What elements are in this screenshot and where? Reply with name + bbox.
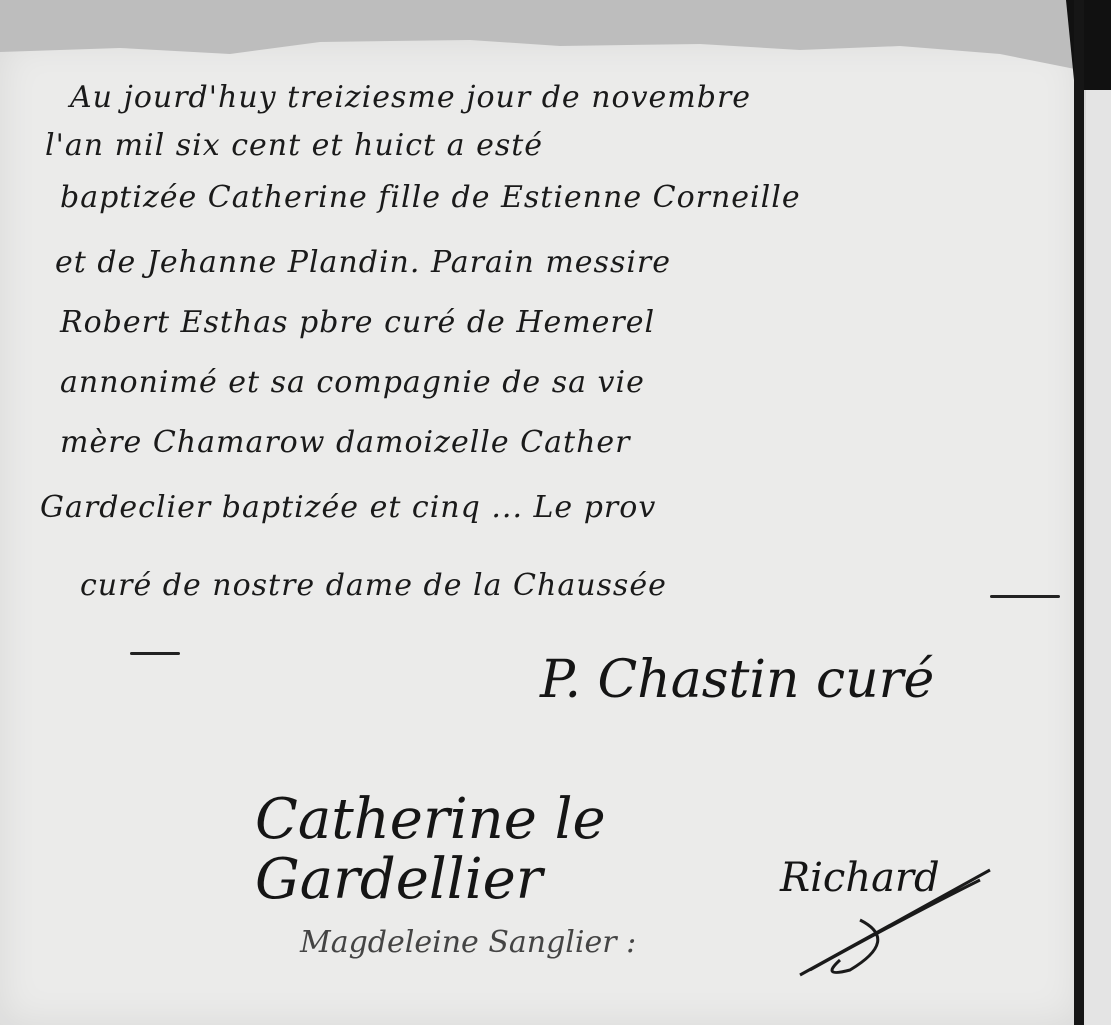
adjacent-page-edge <box>1086 90 1111 1025</box>
text-line-8: Gardeclier baptizée et cinq ... Le prov <box>40 490 656 525</box>
witness-signature: Magdeleine Sanglier : <box>300 925 636 960</box>
text-line-5: Robert Esthas pbre curé de Hemerel <box>60 305 655 340</box>
text-line-9: curé de nostre dame de la Chaussée <box>80 568 667 603</box>
filler-dash <box>130 652 180 655</box>
text-line-7: mère Chamarow damoizelle Cather <box>60 425 631 460</box>
paraph-flourish-icon <box>780 860 1000 980</box>
godmother-signature: Catherine le Gardellier <box>255 790 685 910</box>
text-line-6: annonimé et sa compagnie de sa vie <box>60 365 645 400</box>
text-line-3: baptizée Catherine fille de Estienne Cor… <box>60 180 801 215</box>
text-line-1: Au jourd'huy treiziesme jour de novembre <box>70 80 751 115</box>
text-line-2: l'an mil six cent et huict a esté <box>45 128 543 163</box>
priest-signature: P. Chastin curé <box>540 650 934 710</box>
line-end-dash <box>990 595 1060 598</box>
page-gutter-line <box>1074 0 1084 1025</box>
text-line-4: et de Jehanne Plandin. Parain messire <box>55 245 671 280</box>
